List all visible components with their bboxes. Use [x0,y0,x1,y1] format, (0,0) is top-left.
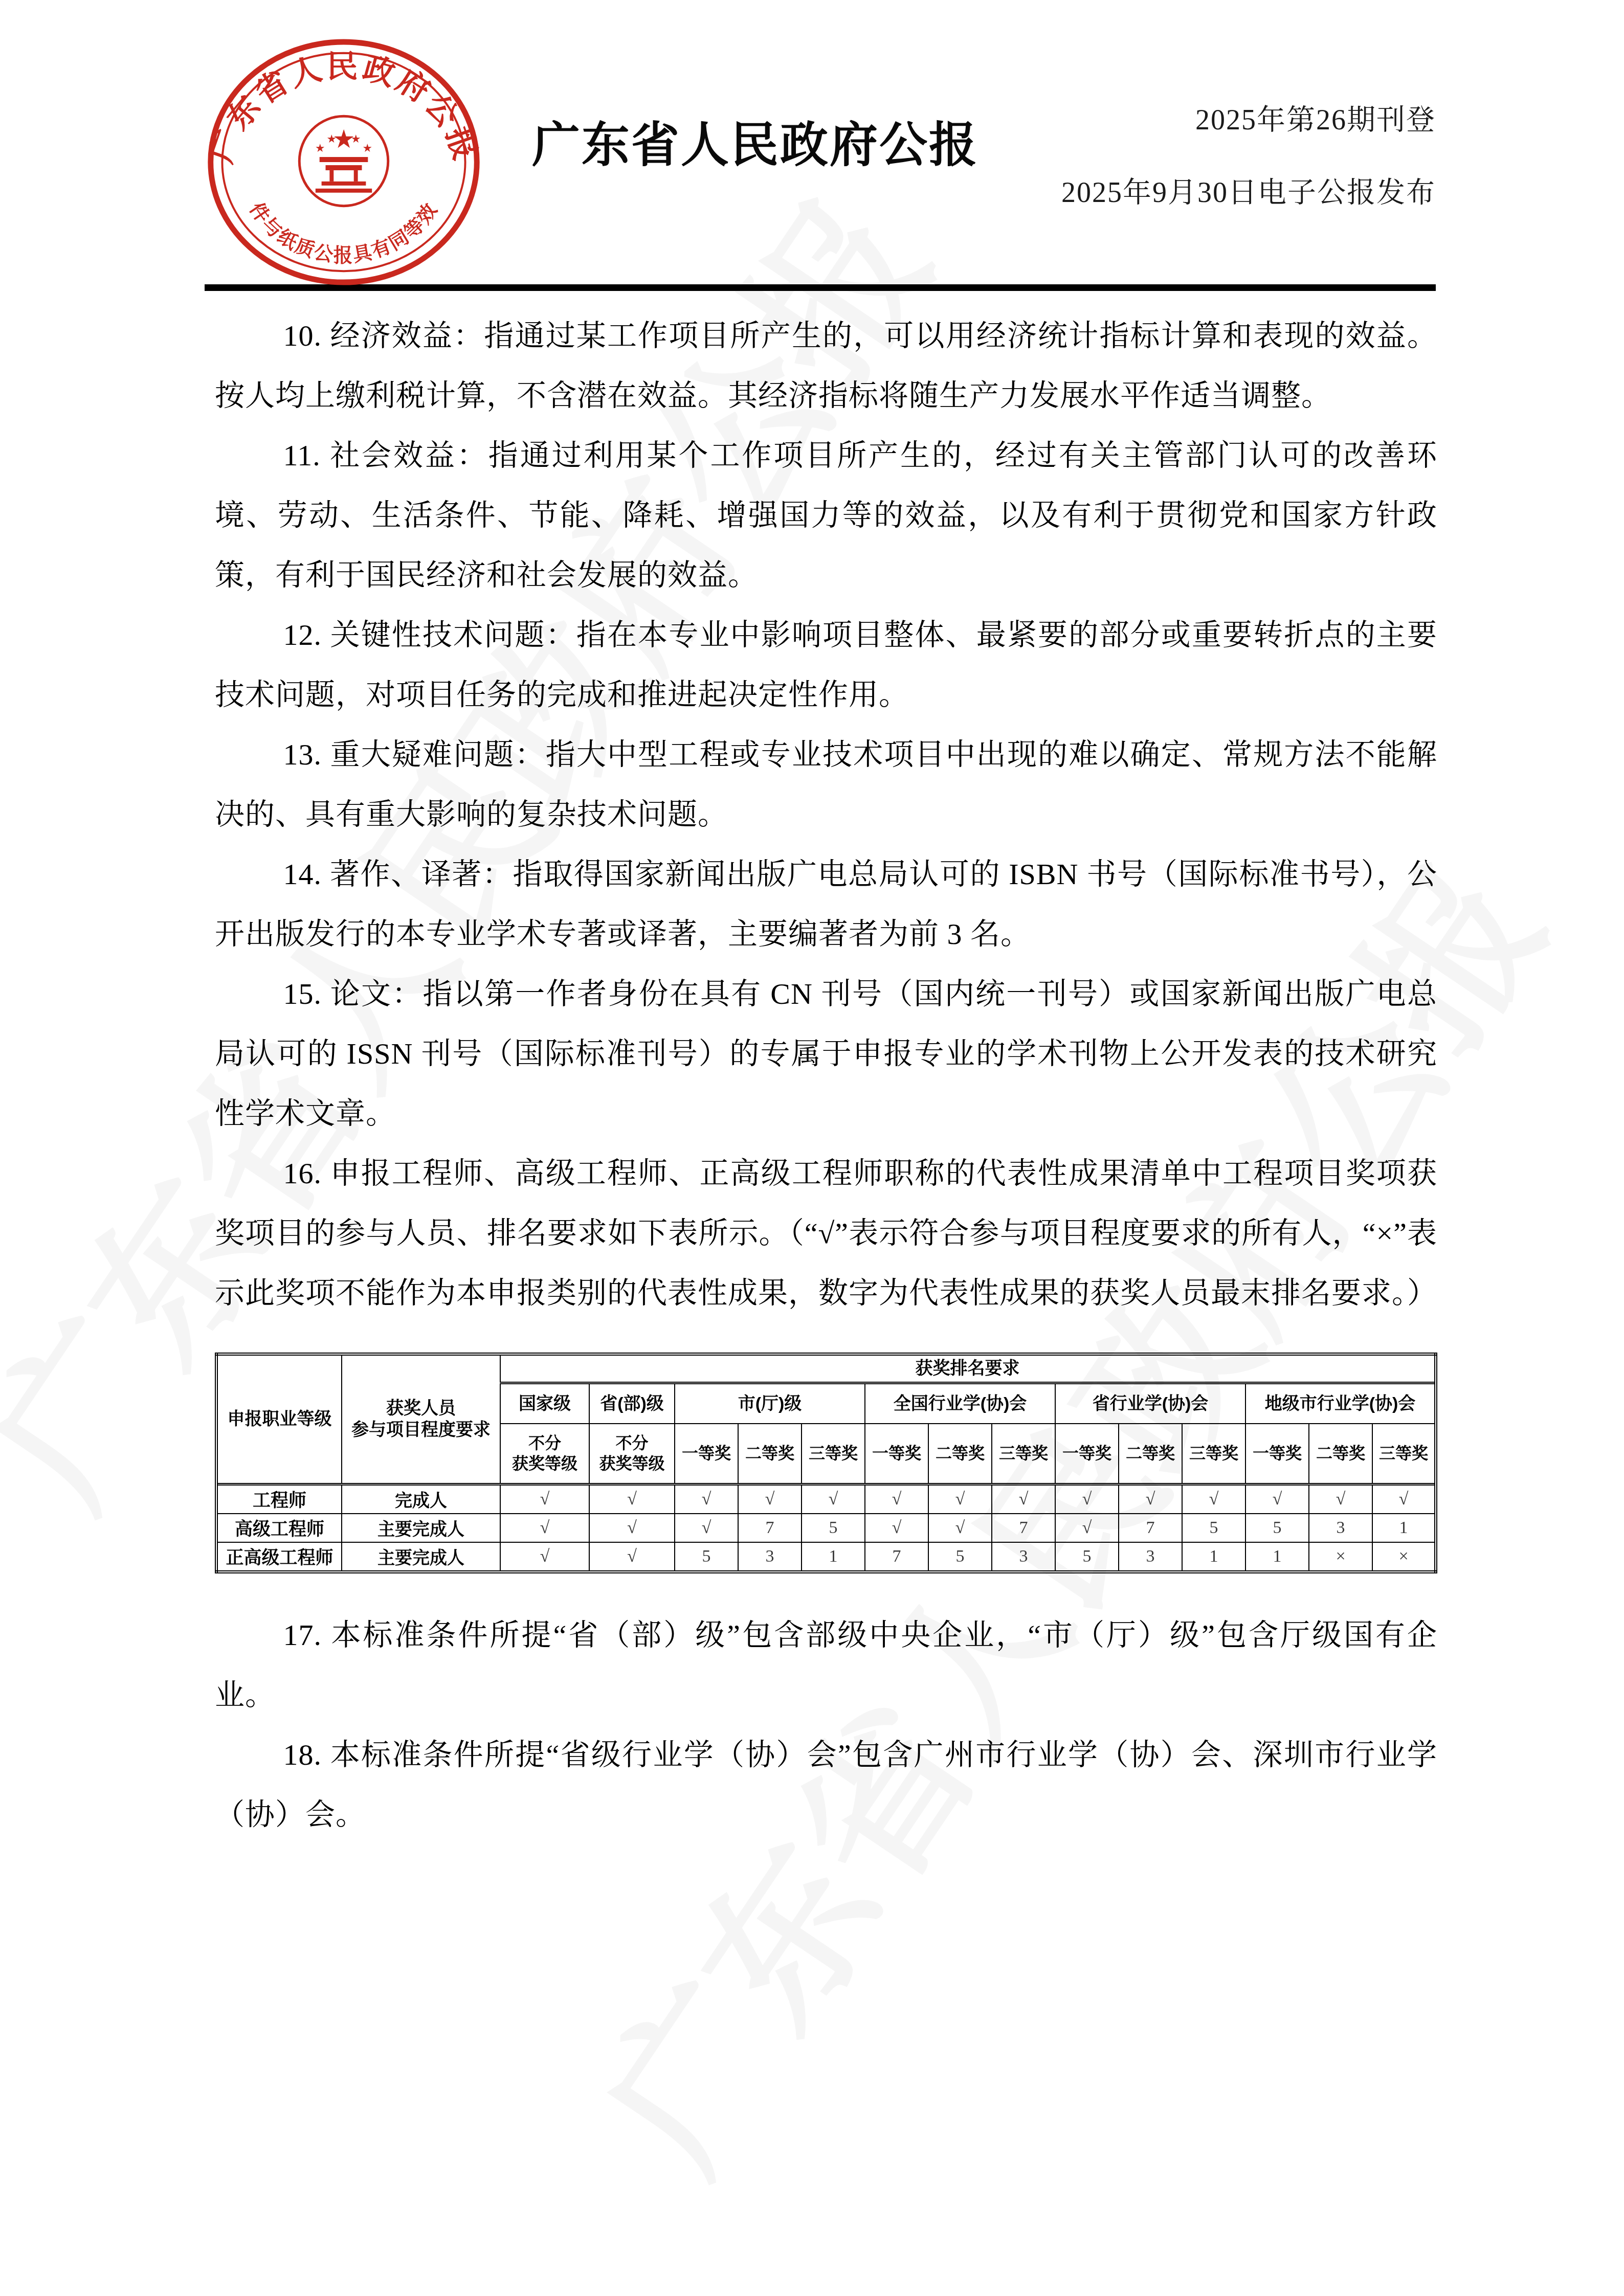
cell-value: √ [865,1514,928,1542]
col-header-participation: 获奖人员 参与项目程度要求 [342,1354,500,1484]
table-header-row: 申报职业等级 获奖人员 参与项目程度要求 获奖排名要求 [216,1354,1436,1383]
cell-value: √ [589,1514,675,1542]
subheader-cell: 一等奖 [1245,1424,1309,1484]
cell-value: √ [802,1484,865,1514]
cell-value: 5 [1245,1514,1309,1542]
cell-value: √ [928,1484,992,1514]
group-header-cell: 省(部)级 [589,1383,675,1424]
cell-value: 7 [738,1514,802,1542]
cell-value: √ [992,1484,1055,1514]
cell-value: 7 [1119,1514,1182,1542]
subheader-cell: 三等奖 [1372,1424,1436,1484]
clause-paragraph: 13. 重大疑难问题：指大中型工程或专业技术项目中出现的难以确定、常规方法不能解… [215,725,1437,844]
subheader-cell: 二等奖 [738,1424,802,1484]
cell-value: √ [589,1542,675,1572]
national-emblem-icon: ★ ★ ★ ★ ★ [299,116,388,206]
cell-value: √ [1182,1484,1245,1514]
cell-value: √ [500,1542,589,1572]
cell-value: 1 [1182,1542,1245,1572]
issue-line: 2025年第26期刊登 [1195,97,1436,138]
cell-value: 3 [1119,1542,1182,1572]
subheader-cell: 一等奖 [675,1424,738,1484]
cell-level: 高级工程师 [216,1514,342,1542]
top-header-cell: 获奖排名要求 [500,1354,1436,1383]
cell-value: √ [589,1484,675,1514]
subheader-cell: 一等奖 [1055,1424,1119,1484]
cell-value: 5 [928,1542,992,1572]
cell-value: 1 [1372,1514,1436,1542]
group-header-cell: 地级市行业学(协)会 [1245,1383,1436,1424]
cell-value: √ [675,1514,738,1542]
svg-text:★: ★ [351,133,361,145]
group-header-cell: 省行业学(协)会 [1055,1383,1245,1424]
group-header-cell: 国家级 [500,1383,589,1424]
cell-value: 3 [992,1542,1055,1572]
clause-paragraph: 11. 社会效益：指通过利用某个工作项目所产生的，经过有关主管部门认可的改善环境… [215,425,1437,605]
cell-value: √ [675,1484,738,1514]
cell-value: 5 [675,1542,738,1572]
subheader-cell: 一等奖 [865,1424,928,1484]
gazette-title: 广东省人民政府公报 [532,106,978,175]
date-line: 2025年9月30日电子公报发布 [1061,170,1436,211]
cell-value: 5 [1182,1514,1245,1542]
cell-value: √ [1309,1484,1372,1514]
cell-value: √ [865,1484,928,1514]
cell-requirement: 主要完成人 [342,1514,500,1542]
subheader-cell: 二等奖 [928,1424,992,1484]
cell-value: √ [1055,1484,1119,1514]
group-header-cell: 全国行业学(协)会 [865,1383,1055,1424]
cell-value: √ [1119,1484,1182,1514]
cell-value: 5 [802,1514,865,1542]
cell-value: 1 [802,1542,865,1572]
clause-paragraph: 12. 关键性技术问题：指在本专业中影响项目整体、最紧要的部分或重要转折点的主要… [215,605,1437,725]
subheader-cell: 二等奖 [1309,1424,1372,1484]
clause-paragraph: 18. 本标准条件所提“省级行业学（协）会”包含广州市行业学（协）会、深圳市行业… [215,1725,1437,1844]
cell-value: 5 [1055,1542,1119,1572]
table-row: 工程师完成人√√√√√√√√√√√√√√ [216,1484,1436,1514]
cell-value: 3 [1309,1514,1372,1542]
cell-value: √ [1055,1514,1119,1542]
cell-value: √ [928,1514,992,1542]
svg-text:★: ★ [315,142,325,154]
cell-level: 工程师 [216,1484,342,1514]
cell-value: √ [500,1484,589,1514]
cell-value: √ [738,1484,802,1514]
subheader-cell: 不分 获奖等级 [500,1424,589,1484]
cell-value: √ [500,1514,589,1542]
group-header-cell: 市(厅)级 [675,1383,865,1424]
cell-value: 3 [738,1542,802,1572]
award-ranking-table: 申报职业等级 获奖人员 参与项目程度要求 获奖排名要求 国家级 省(部)级 市(… [215,1353,1437,1573]
subheader-cell: 三等奖 [802,1424,865,1484]
subheader-cell: 三等奖 [992,1424,1055,1484]
subheader-cell: 不分 获奖等级 [589,1424,675,1484]
cell-value: 1 [1245,1542,1309,1572]
table-row: 正高级工程师主要完成人√√5317535311×× [216,1542,1436,1572]
cell-value: × [1309,1542,1372,1572]
svg-text:★: ★ [363,142,372,154]
clause-paragraph: 17. 本标准条件所提“省（部）级”包含部级中央企业，“市（厅）级”包含厅级国有… [215,1605,1437,1725]
cell-requirement: 主要完成人 [342,1542,500,1572]
clause-paragraph: 14. 著作、译著：指取得国家新闻出版广电总局认可的 ISBN 书号（国际标准书… [215,844,1437,964]
cell-value: × [1372,1542,1436,1572]
cell-level: 正高级工程师 [216,1542,342,1572]
cell-value: √ [1372,1484,1436,1514]
table-row: 高级工程师主要完成人√√√75√√7√75531 [216,1514,1436,1542]
cell-value: √ [1245,1484,1309,1514]
subheader-cell: 三等奖 [1182,1424,1245,1484]
clause-paragraph: 10. 经济效益：指通过某工作项目所产生的，可以用经济统计指标计算和表现的效益。… [215,306,1437,425]
gazette-page: 广东省人民政府公报 广东省人民政府公报 广东省人民政府公报 此件与纸质公报具有同… [0,0,1624,2296]
subheader-cell: 二等奖 [1119,1424,1182,1484]
official-seal-image: 广东省人民政府公报 此件与纸质公报具有同等效力 ★ ★ ★ ★ ★ [203,35,485,289]
cell-value: 7 [992,1514,1055,1542]
clause-paragraph: 15. 论文：指以第一作者身份在具有 CN 刊号（国内统一刊号）或国家新闻出版广… [215,964,1437,1143]
cell-value: 7 [865,1542,928,1572]
document-body: 10. 经济效益：指通过某工作项目所产生的，可以用经济统计指标计算和表现的效益。… [215,306,1437,1844]
col-header-level: 申报职业等级 [216,1354,342,1484]
clause-paragraph: 16. 申报工程师、高级工程师、正高级工程师职称的代表性成果清单中工程项目奖项获… [215,1143,1437,1323]
svg-text:★: ★ [327,133,337,145]
cell-requirement: 完成人 [342,1484,500,1514]
